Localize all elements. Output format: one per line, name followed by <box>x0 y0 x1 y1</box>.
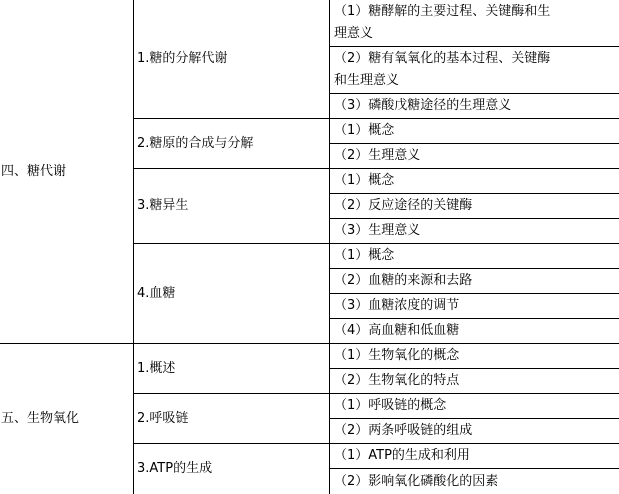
syllabus-page: 四、糖代谢 1.糖的分解代谢 （1）糖酵解的主要过程、关键酶和生理意义 （2）糖… <box>0 0 619 494</box>
topic-cell: 3.糖异生 <box>133 168 329 243</box>
topic-cell: 2.糖原的合成与分解 <box>133 118 329 168</box>
topic-cell: 1.概述 <box>133 343 329 393</box>
item-cell: （1）生物氧化的概念 <box>329 343 619 368</box>
item-cell: （1）ATP的生成和利用 <box>329 443 619 468</box>
section-title: 五、生物氧化 <box>0 343 133 494</box>
item-cell: （2）生物氧化的特点 <box>329 368 619 393</box>
item-cell: （2）反应途径的关键酶 <box>329 193 619 218</box>
item-cell: （3）磷酸戊糖途径的生理意义 <box>329 93 619 118</box>
item-cell: （1）概念 <box>329 243 619 268</box>
item-cell: （2）两条呼吸链的组成 <box>329 418 619 443</box>
topic-cell: 4.血糖 <box>133 243 329 343</box>
section-title: 四、糖代谢 <box>0 0 133 343</box>
item-cell: （2）影响氧化磷酸化的因素 <box>329 468 619 494</box>
item-cell: （3）生理意义 <box>329 218 619 243</box>
item-cell: （2）生理意义 <box>329 143 619 168</box>
item-cell: （2）糖有氧氧化的基本过程、关键酶和生理意义 <box>329 46 619 93</box>
item-cell: （1）糖酵解的主要过程、关键酶和生理意义 <box>329 0 619 46</box>
syllabus-table: 四、糖代谢 1.糖的分解代谢 （1）糖酵解的主要过程、关键酶和生理意义 （2）糖… <box>0 0 619 494</box>
topic-cell: 1.糖的分解代谢 <box>133 0 329 118</box>
item-cell: （4）高血糖和低血糖 <box>329 318 619 343</box>
item-cell: （2）血糖的来源和去路 <box>329 268 619 293</box>
topic-cell: 2.呼吸链 <box>133 393 329 443</box>
item-cell: （3）血糖浓度的调节 <box>329 293 619 318</box>
item-cell: （1）概念 <box>329 168 619 193</box>
topic-cell: 3.ATP的生成 <box>133 443 329 494</box>
item-cell: （1）呼吸链的概念 <box>329 393 619 418</box>
item-cell: （1）概念 <box>329 118 619 143</box>
